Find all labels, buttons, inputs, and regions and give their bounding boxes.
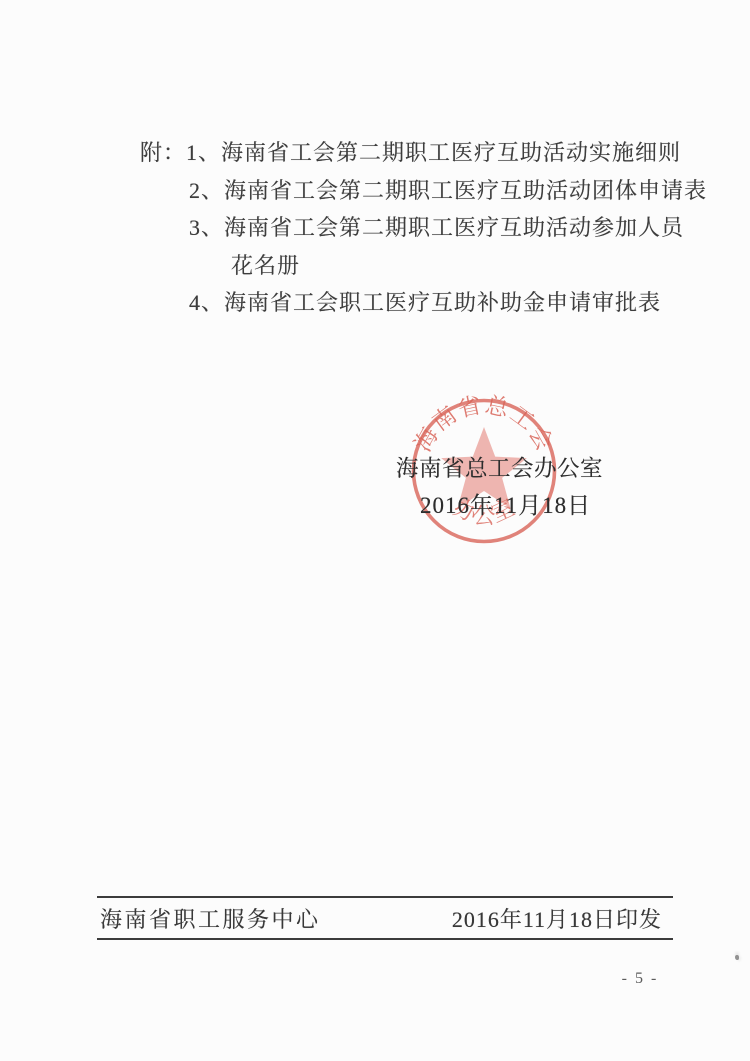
scan-artifact <box>735 955 739 960</box>
attachment-list: 附：1、海南省工会第二期职工医疗互助活动实施细则 2、海南省工会第二期职工医疗互… <box>140 134 700 322</box>
attachment-line: 3、海南省工会第二期职工医疗互助活动参加人员 <box>140 209 700 247</box>
document-page: 附：1、海南省工会第二期职工医疗互助活动实施细则 2、海南省工会第二期职工医疗互… <box>0 0 750 1061</box>
footer-rule-bottom <box>97 938 673 940</box>
signature-date: 2016年11月18日 <box>420 487 600 520</box>
footer-rule-top <box>97 896 673 898</box>
attachment-line: 2、海南省工会第二期职工医疗互助活动团体申请表 <box>140 172 700 210</box>
signature-org: 海南省总工会办公室 <box>396 451 606 483</box>
attachment-line: 附：1、海南省工会第二期职工医疗互助活动实施细则 <box>140 134 700 172</box>
page-number: - 5 - <box>605 970 675 988</box>
attachment-line: 花名册 <box>140 247 700 285</box>
attachment-line: 4、海南省工会职工医疗互助补助金申请审批表 <box>140 284 700 322</box>
footer-print-date: 2016年11月18日印发 <box>452 903 662 934</box>
footer-issuer: 海南省职工服务中心 <box>100 903 321 934</box>
